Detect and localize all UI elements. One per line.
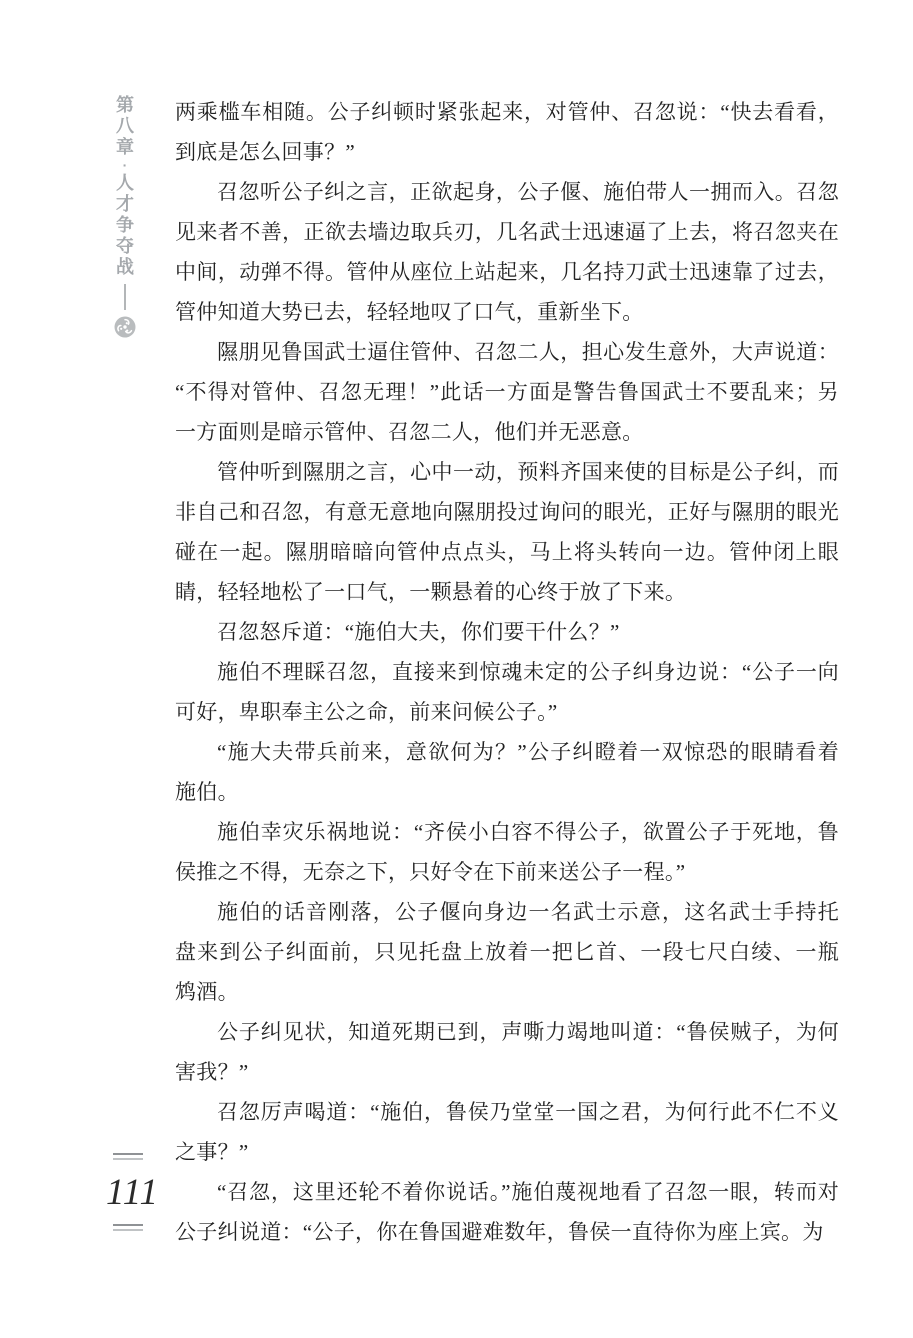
chapter-title-char: 才 — [116, 195, 134, 213]
text-line: 召忽厉声喝道：“施伯，鲁侯乃堂堂一国之君，为何行此不仁不义 — [175, 1092, 839, 1132]
text-line: 召忽听公子纠之言，正欲起身，公子偃、施伯带人一拥而入。召忽 — [175, 172, 839, 212]
text-line: 非自己和召忽，有意无意地向隰朋投过询问的眼光，正好与隰朋的眼光 — [175, 492, 839, 532]
text-line: 公子纠说道：“公子，你在鲁国避难数年，鲁侯一直待你为座上宾。为 — [175, 1212, 839, 1252]
text-line: 侯推之不得，无奈之下，只好令在下前来送公子一程。” — [175, 852, 839, 892]
text-line: 睛，轻轻地松了一口气，一颗悬着的心终于放了下来。 — [175, 572, 839, 612]
text-line: 鸩酒。 — [175, 972, 839, 1012]
text-line: 两乘槛车相随。公子纠顿时紧张起来，对管仲、召忽说：“快去看看， — [175, 92, 839, 132]
page-number: 111 — [106, 1174, 150, 1211]
text-line: 中间，动弹不得。管仲从座位上站起来，几名持刀武士迅速靠了过去， — [175, 252, 839, 292]
text-line: 到底是怎么回事？” — [175, 132, 839, 172]
text-line: 隰朋见鲁国武士逼住管仲、召忽二人，担心发生意外，大声说道： — [175, 332, 839, 372]
chapter-title-char: 章 — [116, 138, 134, 156]
text-line: 施伯不理睬召忽，直接来到惊魂未定的公子纠身边说：“公子一向 — [175, 652, 839, 692]
text-line: 管仲知道大势已去，轻轻地叹了口气，重新坐下。 — [175, 292, 839, 332]
chapter-sidebar: 第 八 章 · 人 才 争 夺 战 — [112, 96, 138, 338]
text-line: “施大夫带兵前来，意欲何为？”公子纠瞪着一双惊恐的眼睛看着 — [175, 732, 839, 772]
text-line: 之事？” — [175, 1132, 839, 1172]
page-number-top-rule — [113, 1153, 143, 1160]
chapter-title-char: 战 — [116, 258, 134, 276]
page-number-block: 111 — [106, 1153, 150, 1231]
text-line: 盘来到公子纠面前，只见托盘上放着一把匕首、一段七尺白绫、一瓶 — [175, 932, 839, 972]
chapter-seal-icon — [114, 316, 136, 338]
chapter-title-char: 第 — [116, 96, 134, 114]
chapter-title-char: 争 — [116, 216, 134, 234]
text-line: 碰在一起。隰朋暗暗向管仲点点头，马上将头转向一边。管仲闭上眼 — [175, 532, 839, 572]
book-page: { "sidebar": { "chapter_title": "第八章·人才争… — [0, 0, 913, 1338]
chapter-title-char: 夺 — [116, 237, 134, 255]
page-number-bottom-rule — [113, 1224, 143, 1231]
text-line: 可好，卑职奉主公之命，前来问候公子。” — [175, 692, 839, 732]
chapter-title-dash — [124, 284, 126, 310]
text-line: 施伯。 — [175, 772, 839, 812]
text-line: 一方面则是暗示管仲、召忽二人，他们并无恶意。 — [175, 412, 839, 452]
text-line: 施伯的话音刚落，公子偃向身边一名武士示意，这名武士手持托 — [175, 892, 839, 932]
text-line: 施伯幸灾乐祸地说：“齐侯小白容不得公子，欲置公子于死地，鲁 — [175, 812, 839, 852]
text-line: 公子纠见状，知道死期已到，声嘶力竭地叫道：“鲁侯贼子，为何 — [175, 1012, 839, 1052]
body-text: 两乘槛车相随。公子纠顿时紧张起来，对管仲、召忽说：“快去看看，到底是怎么回事？”… — [175, 92, 839, 1252]
text-line: 管仲听到隰朋之言，心中一动，预料齐国来使的目标是公子纠，而 — [175, 452, 839, 492]
text-line: 害我？” — [175, 1052, 839, 1092]
text-line: 召忽怒斥道：“施伯大夫，你们要干什么？” — [175, 612, 839, 652]
text-line: “不得对管仲、召忽无理！”此话一方面是警告鲁国武士不要乱来；另 — [175, 372, 839, 412]
chapter-title-char: 人 — [116, 174, 134, 192]
chapter-title-separator: · — [123, 159, 128, 171]
text-line: 见来者不善，正欲去墙边取兵刃，几名武士迅速逼了上去，将召忽夹在 — [175, 212, 839, 252]
chapter-title-char: 八 — [116, 117, 134, 135]
text-line: “召忽，这里还轮不着你说话。”施伯蔑视地看了召忽一眼，转而对 — [175, 1172, 839, 1212]
